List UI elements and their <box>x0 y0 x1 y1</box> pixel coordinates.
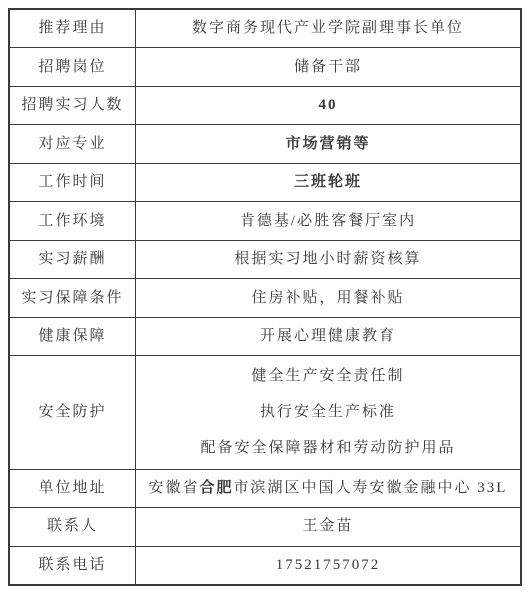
table-row: 实习薪酬根据实习地小时薪资核算 <box>10 241 520 279</box>
row-label-text: 实习薪酬 <box>38 250 106 269</box>
row-label-text: 实习保障条件 <box>21 289 123 308</box>
row-value: 王金苗 <box>136 508 520 545</box>
row-value: 安徽省合肥市滨湖区中国人寿安徽金融中心 33L <box>136 470 520 507</box>
row-value: 开展心理健康教育 <box>136 318 520 355</box>
table-row: 联系电话17521757072 <box>10 547 520 584</box>
row-label: 健康保障 <box>10 318 136 355</box>
value-line: 王金苗 <box>302 517 353 536</box>
value-segment: 执行安全生产标准 <box>260 404 396 420</box>
row-label-text: 推荐理由 <box>38 19 106 38</box>
row-label: 招聘岗位 <box>10 48 136 85</box>
job-info-table: 推荐理由数字商务现代产业学院副理事长单位招聘岗位储备干部招聘实习人数40对应专业… <box>8 8 522 586</box>
value-segment: 健全生产安全责任制 <box>251 368 404 384</box>
table-row: 工作时间三班轮班 <box>10 164 520 202</box>
value-segment: 安徽省 <box>149 480 200 496</box>
value-segment: 住房补贴，用餐补贴 <box>251 290 404 306</box>
row-label: 工作环境 <box>10 202 136 239</box>
row-value: 根据实习地小时薪资核算 <box>136 241 520 278</box>
row-label: 工作时间 <box>10 164 136 201</box>
value-line: 执行安全生产标准 <box>260 403 396 422</box>
row-label: 对应专业 <box>10 125 136 162</box>
value-segment: 17521757072 <box>276 557 381 573</box>
value-segment: 开展心理健康教育 <box>260 328 396 344</box>
value-line: 住房补贴，用餐补贴 <box>251 289 404 308</box>
row-value: 住房补贴，用餐补贴 <box>136 279 520 316</box>
value-line: 数字商务现代产业学院副理事长单位 <box>192 19 464 38</box>
value-segment-bold: 40 <box>319 97 338 113</box>
row-value: 40 <box>136 87 520 124</box>
row-label: 推荐理由 <box>10 10 136 47</box>
value-segment: 数字商务现代产业学院副理事长单位 <box>192 20 464 36</box>
value-line: 市场营销等 <box>285 135 370 154</box>
table-row: 实习保障条件住房补贴，用餐补贴 <box>10 279 520 317</box>
value-line: 三班轮班 <box>294 173 362 192</box>
row-label-text: 单位地址 <box>38 479 106 498</box>
value-line: 开展心理健康教育 <box>260 327 396 346</box>
row-label-text: 工作环境 <box>38 212 106 231</box>
row-label-text: 对应专业 <box>38 135 106 154</box>
row-label: 联系电话 <box>10 547 136 584</box>
table-row: 联系人王金苗 <box>10 508 520 546</box>
row-value: 健全生产安全责任制执行安全生产标准配备安全保障器材和劳动防护用品 <box>136 356 520 468</box>
value-line: 根据实习地小时薪资核算 <box>234 250 421 269</box>
row-label: 招聘实习人数 <box>10 87 136 124</box>
row-value: 三班轮班 <box>136 164 520 201</box>
value-line: 配备安全保障器材和劳动防护用品 <box>200 439 455 458</box>
value-segment-bold: 市场营销等 <box>285 136 370 152</box>
table-row: 单位地址安徽省合肥市滨湖区中国人寿安徽金融中心 33L <box>10 470 520 508</box>
value-segment: 储备干部 <box>294 59 362 75</box>
row-label-text: 招聘实习人数 <box>21 96 123 115</box>
value-segment-bold: 三班轮班 <box>294 174 362 190</box>
value-line: 储备干部 <box>294 58 362 77</box>
row-value: 数字商务现代产业学院副理事长单位 <box>136 10 520 47</box>
row-label: 实习薪酬 <box>10 241 136 278</box>
row-label: 实习保障条件 <box>10 279 136 316</box>
value-line: 肯德基/必胜客餐厅室内 <box>240 212 416 231</box>
value-segment: 王金苗 <box>302 518 353 534</box>
row-label: 联系人 <box>10 508 136 545</box>
value-line: 17521757072 <box>276 556 381 575</box>
row-label-text: 健康保障 <box>38 327 106 346</box>
value-segment: 肯德基/必胜客餐厅室内 <box>240 213 416 229</box>
row-label-text: 安全防护 <box>38 403 106 422</box>
value-segment: 市滨湖区中国人寿安徽金融中心 33L <box>234 480 508 496</box>
row-value: 17521757072 <box>136 547 520 584</box>
row-value: 市场营销等 <box>136 125 520 162</box>
job-info-page: 推荐理由数字商务现代产业学院副理事长单位招聘岗位储备干部招聘实习人数40对应专业… <box>0 0 529 594</box>
row-label-text: 工作时间 <box>38 173 106 192</box>
row-value: 肯德基/必胜客餐厅室内 <box>136 202 520 239</box>
table-row: 推荐理由数字商务现代产业学院副理事长单位 <box>10 10 520 48</box>
value-segment: 根据实习地小时薪资核算 <box>234 251 421 267</box>
value-line: 健全生产安全责任制 <box>251 367 404 386</box>
value-segment-bold: 合肥 <box>200 480 234 496</box>
row-label-text: 招聘岗位 <box>38 58 106 77</box>
value-line: 40 <box>319 96 338 115</box>
table-row: 招聘实习人数40 <box>10 87 520 125</box>
table-row: 安全防护健全生产安全责任制执行安全生产标准配备安全保障器材和劳动防护用品 <box>10 356 520 469</box>
row-label: 单位地址 <box>10 470 136 507</box>
row-label-text: 联系人 <box>47 517 98 536</box>
row-value: 储备干部 <box>136 48 520 85</box>
value-segment: 配备安全保障器材和劳动防护用品 <box>200 440 455 456</box>
table-row: 健康保障开展心理健康教育 <box>10 318 520 356</box>
row-label: 安全防护 <box>10 356 136 468</box>
row-label-text: 联系电话 <box>38 556 106 575</box>
value-line: 安徽省合肥市滨湖区中国人寿安徽金融中心 33L <box>149 479 508 498</box>
table-row: 招聘岗位储备干部 <box>10 48 520 86</box>
table-row: 对应专业市场营销等 <box>10 125 520 163</box>
table-row: 工作环境肯德基/必胜客餐厅室内 <box>10 202 520 240</box>
